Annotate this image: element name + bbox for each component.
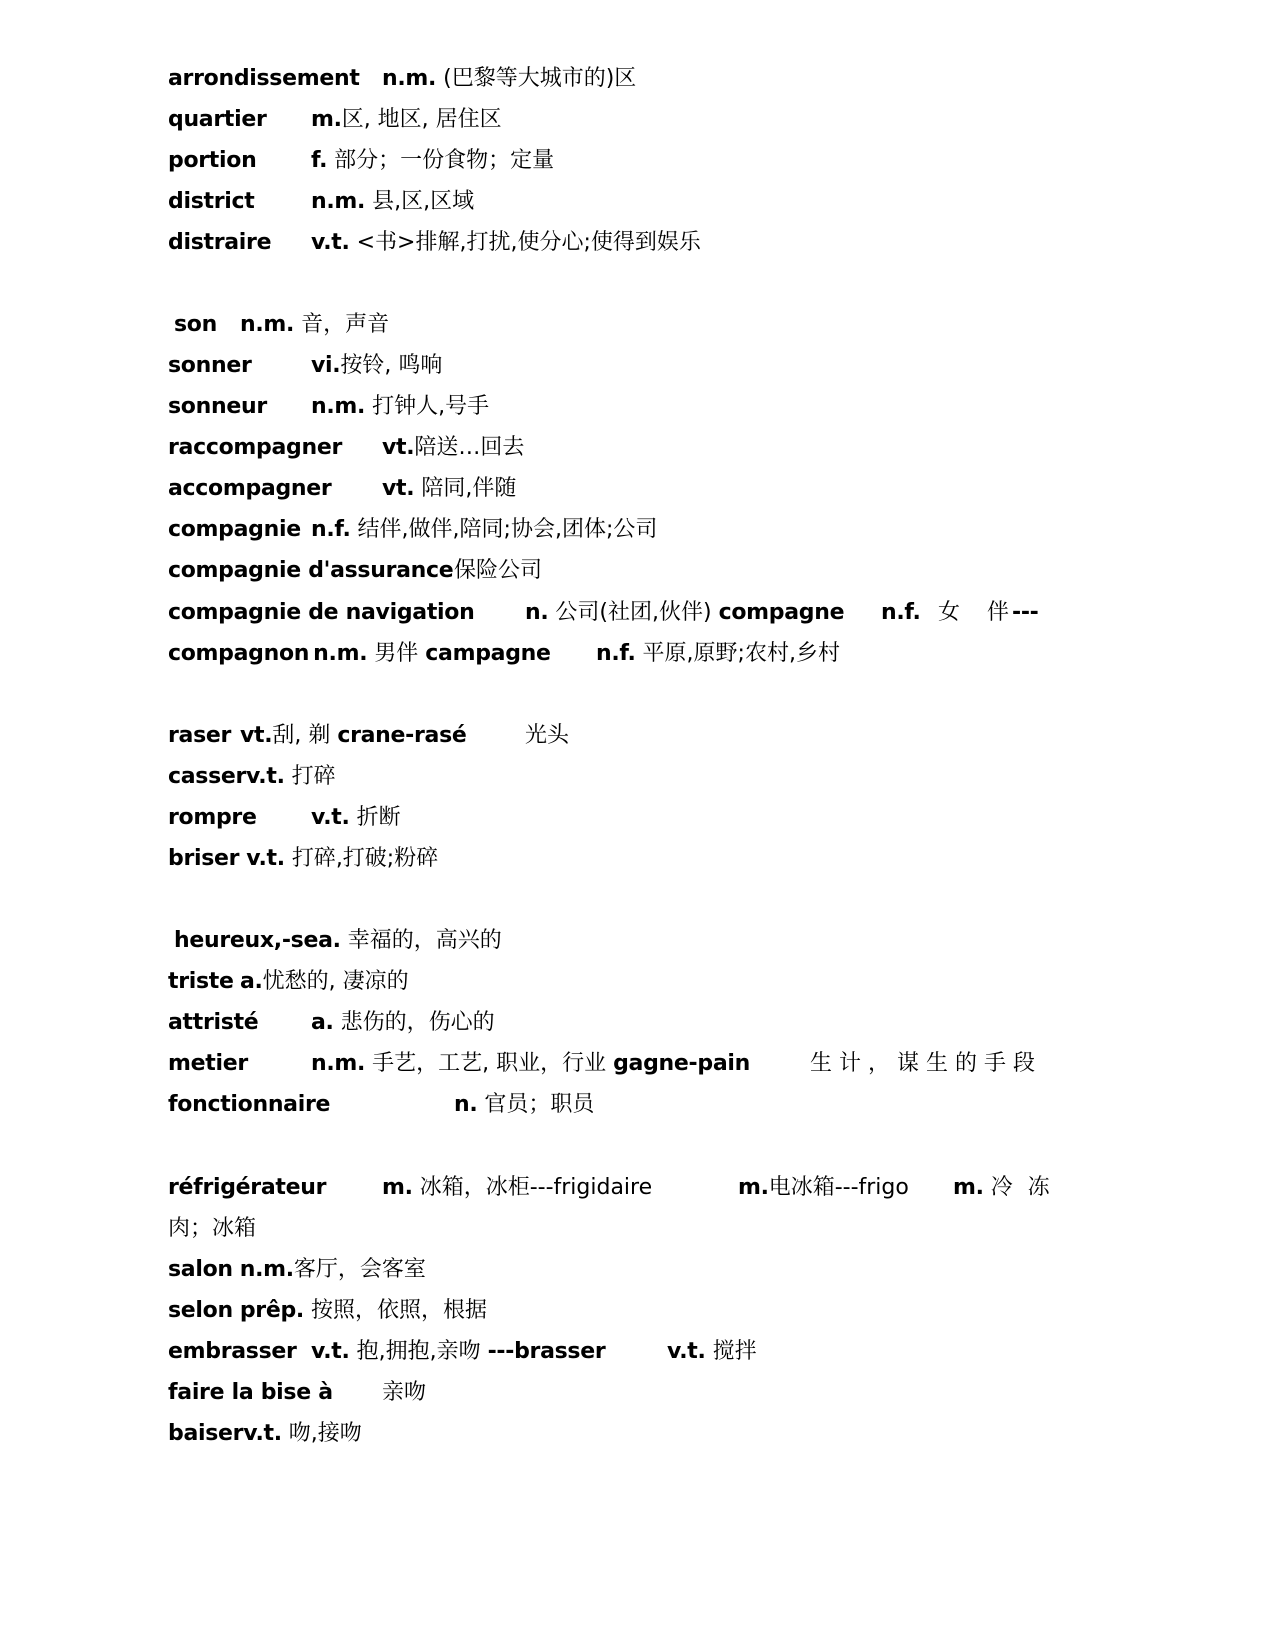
entry-pos: n.m.	[311, 189, 365, 214]
entry-pos: v.t.	[311, 230, 350, 255]
entry-pos: vt.	[382, 476, 414, 501]
entry-pos: n.m.	[313, 641, 367, 666]
entry-meaning: 陪同,伴随	[421, 476, 516, 501]
entry-tail: ---	[1012, 600, 1039, 625]
entry-pos: n.	[525, 600, 548, 625]
vocab-entry-continuation: 肉；冰箱	[168, 1208, 1044, 1249]
entry-word: metier	[168, 1051, 248, 1076]
entry-extra-pos: v.t.	[667, 1339, 706, 1364]
vocab-entry: metier n.m. 手艺，工艺, 职业，行业 gagne-pain 生 计 …	[168, 1043, 1044, 1084]
entry-word: baiser	[168, 1421, 243, 1446]
entry-extra-meaning: 平原,原野;农村,乡村	[643, 641, 840, 666]
entry-meaning: 幸福的，高兴的	[348, 928, 502, 953]
entry-pos: m.	[311, 107, 342, 132]
entry-pos: vt.	[240, 723, 272, 748]
vocab-entry: sonner vi.按铃, 鸣响	[168, 345, 1044, 386]
entry-continuation: 肉；冰箱	[168, 1216, 256, 1241]
entry-meaning: 打碎	[292, 764, 336, 789]
entry-pos: prêp.	[240, 1298, 304, 1323]
entry-word: accompagner	[168, 476, 331, 501]
entry-meaning: 保险公司	[454, 558, 542, 583]
vocab-entry: portion f. 部分；一份食物；定量	[168, 140, 1044, 181]
entry-meaning: 手艺，工艺, 职业，行业	[372, 1051, 606, 1076]
entry-word: raser	[168, 723, 231, 748]
entry-meaning: 陪送…回去	[414, 435, 524, 460]
entry-meaning: 打碎,打破;粉碎	[292, 846, 438, 871]
entry-word: attristé	[168, 1010, 258, 1035]
entry-extra-meaning2: 冷 冻	[991, 1175, 1054, 1200]
entry-extra-pos: n.f.	[881, 600, 921, 625]
entry-extra-meaning: 生 计 ， 谋 生 的 手 段	[810, 1051, 1035, 1076]
entry-word: réfrigérateur	[168, 1175, 326, 1200]
entry-word: heureux,-se	[174, 928, 318, 953]
vocab-entry: fonctionnaire n. 官员；职员	[168, 1084, 1044, 1125]
entry-word: district	[168, 189, 254, 214]
entry-meaning: (巴黎等大城市的)区	[443, 66, 636, 91]
entry-pos: a.	[311, 1010, 334, 1035]
entry-word: triste	[168, 969, 234, 994]
entry-pos: vi.	[311, 353, 340, 378]
vocab-entry: selon prêp. 按照，依照，根据	[168, 1290, 1044, 1331]
entry-meaning: 刮, 剃	[272, 723, 330, 748]
entry-meaning: 部分；一份食物；定量	[334, 148, 554, 173]
entry-word: faire la bise à	[168, 1380, 333, 1405]
entry-meaning: 音，声音	[301, 312, 389, 337]
entry-word: raccompagner	[168, 435, 342, 460]
vocab-entry: briser v.t. 打碎,打破;粉碎	[168, 838, 1044, 879]
vocab-entry: arrondissement n.m. (巴黎等大城市的)区	[168, 58, 1044, 99]
vocab-entry: attristé a. 悲伤的，伤心的	[168, 1002, 1044, 1043]
vocab-entry: compagnonn.m. 男伴 campagne n.f. 平原,原野;农村,…	[168, 633, 1044, 674]
entry-meaning: 结伴,做伴,陪同;协会,团体;公司	[358, 517, 658, 542]
entry-word: fonctionnaire	[168, 1092, 330, 1117]
entry-extra-meaning: 光头	[525, 723, 569, 748]
entry-word: selon	[168, 1298, 233, 1323]
entry-word: portion	[168, 148, 256, 173]
entry-pos: v.t.	[311, 1339, 350, 1364]
document-page: arrondissement n.m. (巴黎等大城市的)区 quartier …	[0, 0, 1275, 1650]
entry-word: distraire	[168, 230, 271, 255]
entry-pos: n.m.	[240, 1257, 294, 1282]
entry-pos: n.f.	[311, 517, 351, 542]
entry-pos: v.t.	[246, 764, 285, 789]
entry-word: compagnon	[168, 641, 309, 666]
vocab-entry: casserv.t. 打碎	[168, 756, 1044, 797]
vocab-entry: baiserv.t. 吻,接吻	[168, 1413, 1044, 1454]
entry-extra-word: compagne	[719, 600, 845, 625]
entry-meaning: 按照，依照，根据	[311, 1298, 487, 1323]
entry-pos: n.m.	[240, 312, 294, 337]
entry-meaning: 悲伤的，伤心的	[341, 1010, 495, 1035]
entry-meaning: 男伴	[374, 641, 418, 666]
entry-meaning: 县,区,区域	[372, 189, 474, 214]
entry-word: briser	[168, 846, 239, 871]
entry-extra-word: crane-rasé	[337, 723, 466, 748]
entry-pos: m.	[382, 1175, 413, 1200]
entry-meaning: 忧愁的, 凄凉的	[263, 969, 409, 994]
vocab-entry: rompre v.t. 折断	[168, 797, 1044, 838]
entry-word: rompre	[168, 805, 257, 830]
entry-pos: n.m.	[311, 1051, 365, 1076]
entry-meaning: 吻,接吻	[289, 1421, 362, 1446]
entry-extra-word: ---brasser	[488, 1339, 606, 1364]
vocab-entry: réfrigérateur m. 冰箱，冰柜---frigidaire m.电冰…	[168, 1167, 1044, 1208]
entry-extra-word: campagne	[425, 641, 550, 666]
entry-word: compagnie d'assurance	[168, 558, 453, 583]
entry-word: compagnie de navigation	[168, 600, 474, 625]
entry-extra-pos: n.f.	[596, 641, 636, 666]
entry-pos: v.t.	[246, 846, 285, 871]
entry-pos: n.	[454, 1092, 477, 1117]
entry-meaning: 折断	[357, 805, 401, 830]
entry-pos: f.	[311, 148, 327, 173]
vocab-entry: compagnie de navigation n. 公司(社团,伙伴) com…	[168, 592, 1044, 633]
vocab-entry: triste a.忧愁的, 凄凉的	[168, 961, 1044, 1002]
entry-pos: a.	[240, 969, 263, 994]
entry-meaning: 亲吻	[382, 1380, 426, 1405]
entry-meaning: 打钟人,号手	[372, 394, 489, 419]
entry-meaning: 抱,拥抱,亲吻	[357, 1339, 481, 1364]
entry-meaning: 冰箱，冰柜---frigidaire	[420, 1175, 652, 1200]
entry-meaning: 按铃, 鸣响	[340, 353, 442, 378]
entry-extra-meaning: 搅拌	[713, 1339, 757, 1364]
entry-pos: vt.	[382, 435, 414, 460]
entry-word: embrasser	[168, 1339, 297, 1364]
entry-pos: a.	[318, 928, 341, 953]
entry-word: quartier	[168, 107, 267, 132]
entry-word: arrondissement	[168, 66, 360, 91]
vocab-entry: embrasser v.t. 抱,拥抱,亲吻 ---brasser v.t. 搅…	[168, 1331, 1044, 1372]
vocab-entry: compagnie d'assurance 保险公司	[168, 550, 1044, 591]
entry-word: son	[174, 312, 217, 337]
entry-pos: v.t.	[243, 1421, 282, 1446]
vocab-entry: raccompagner vt.陪送…回去	[168, 427, 1044, 468]
vocab-entry: compagnie n.f. 结伴,做伴,陪同;协会,团体;公司	[168, 509, 1044, 550]
entry-meaning: 区, 地区, 居住区	[342, 107, 502, 132]
entry-pos: v.t.	[311, 805, 350, 830]
vocab-entry: distraire v.t. <书>排解,打扰,使分心;使得到娱乐	[168, 222, 1044, 263]
vocab-entry: heureux,-sea. 幸福的，高兴的	[168, 920, 1044, 961]
entry-meaning: 客厅，会客室	[294, 1257, 426, 1282]
vocab-entry: district n.m. 县,区,区域	[168, 181, 1044, 222]
vocab-entry: sonneur n.m. 打钟人,号手	[168, 386, 1044, 427]
entry-word: sonner	[168, 353, 252, 378]
vocab-entry: accompagner vt. 陪同,伴随	[168, 468, 1044, 509]
entry-word: sonneur	[168, 394, 267, 419]
entry-meaning: <书>排解,打扰,使分心;使得到娱乐	[357, 230, 701, 255]
vocab-entry: faire la bise à 亲吻	[168, 1372, 1044, 1413]
entry-word: salon	[168, 1257, 233, 1282]
entry-word: compagnie	[168, 517, 301, 542]
entry-extra-word: gagne-pain	[613, 1051, 750, 1076]
vocab-entry: raser vt.刮, 剃 crane-rasé 光头	[168, 715, 1044, 756]
vocab-entry: quartier m.区, 地区, 居住区	[168, 99, 1044, 140]
entry-word: casser	[168, 764, 246, 789]
entry-extra-pos: m.	[738, 1175, 769, 1200]
vocab-entry: son n.m. 音，声音	[168, 304, 1044, 345]
vocab-entry: salon n.m.客厅，会客室	[168, 1249, 1044, 1290]
entry-meaning: 官员；职员	[484, 1092, 594, 1117]
entry-pos: n.m.	[382, 66, 436, 91]
entry-meaning: 公司(社团,伙伴)	[555, 600, 711, 625]
entry-extra-meaning: 女 伴	[938, 600, 1019, 625]
entry-pos: n.m.	[311, 394, 365, 419]
entry-extra-meaning: 电冰箱---frigo	[769, 1175, 909, 1200]
entry-extra-pos2: m.	[953, 1175, 984, 1200]
